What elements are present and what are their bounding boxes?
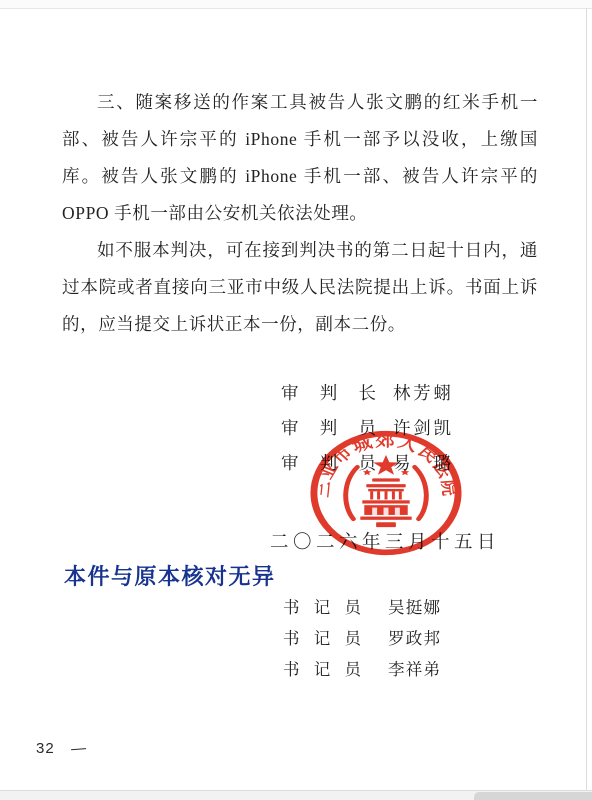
- page-number-value: 32: [36, 740, 55, 757]
- seal-national-emblem-icon: [346, 455, 427, 527]
- clerk-role: 书记员: [283, 623, 361, 654]
- paragraph-appeal-notice: 如不服本判决，可在接到判决书的第二日起十日内，通过本院或者直接向三亚市中级人民法…: [62, 232, 538, 343]
- paragraph-confiscation: 三、随案移送的作案工具被告人张文鹏的红米手机一部、被告人许宗平的 iPhone …: [62, 84, 538, 232]
- clerk-name: 罗政邦: [388, 623, 440, 654]
- page-number: 32—: [36, 740, 87, 757]
- clerk-name: 李祥弟: [388, 654, 440, 685]
- scan-edge-top: [0, 0, 592, 9]
- judgment-body: 三、随案移送的作案工具被告人张文鹏的红米手机一部、被告人许宗平的 iPhone …: [62, 84, 538, 343]
- scan-edge-corner: [474, 792, 592, 800]
- verification-stamp: 本件与原本核对无异: [64, 560, 276, 591]
- clerk-name: 吴挺娜: [388, 592, 440, 623]
- clerks-signature-block: 书记员吴挺娜 书记员罗政邦 书记员李祥弟: [283, 592, 440, 685]
- judge-name: 林芳蛡: [393, 376, 451, 411]
- judge-role: 审判长: [281, 376, 376, 411]
- court-seal: 三亚市城郊人民法院: [307, 428, 465, 558]
- page-number-dash: —: [70, 739, 87, 757]
- clerk-role: 书记员: [283, 654, 361, 685]
- clerk-row: 书记员罗政邦: [283, 623, 440, 654]
- clerk-role: 书记员: [283, 592, 361, 623]
- judge-row: 审判长林芳蛡: [281, 376, 451, 411]
- scan-edge-right: [586, 8, 587, 790]
- clerk-row: 书记员吴挺娜: [283, 592, 440, 623]
- judgment-page: 三、随案移送的作案工具被告人张文鹏的红米手机一部、被告人许宗平的 iPhone …: [0, 0, 592, 800]
- clerk-row: 书记员李祥弟: [283, 654, 440, 685]
